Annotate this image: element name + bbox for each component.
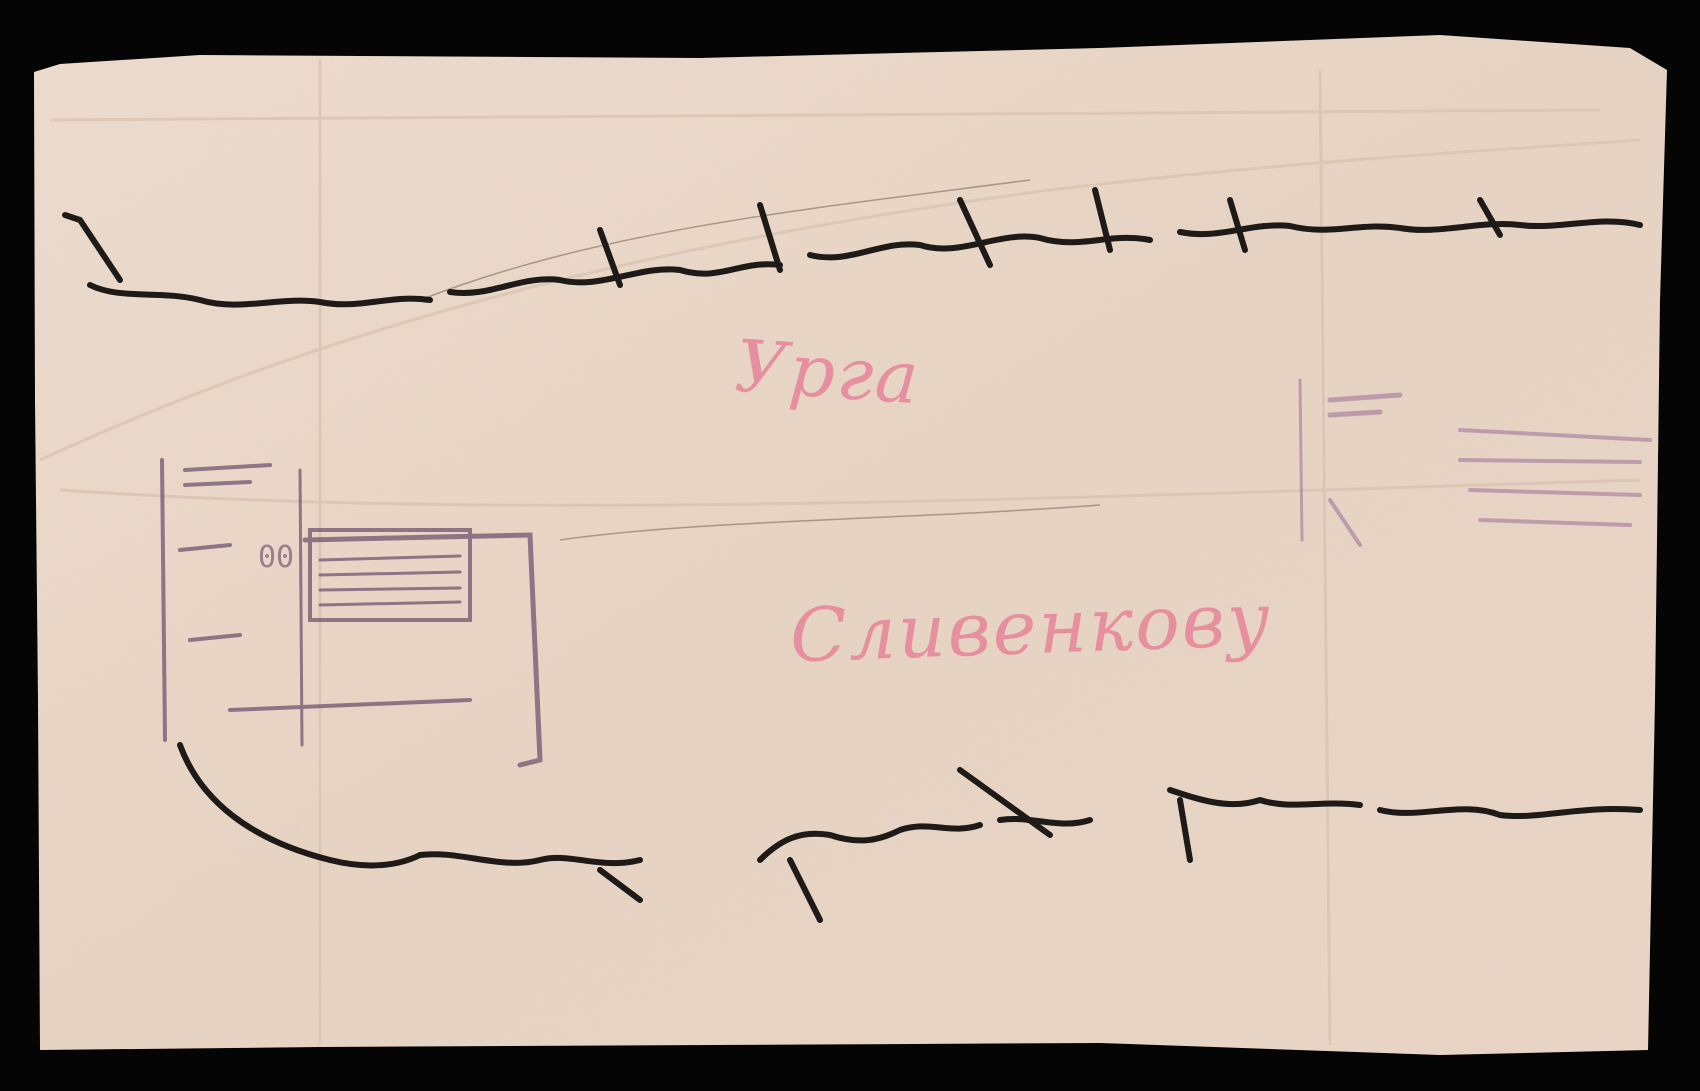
city-annotation: Урга [732, 324, 923, 421]
envelope-paper [0, 0, 1700, 1091]
stamp-numeral: 00 [258, 540, 294, 575]
addressee-annotation: Сливенкову [789, 577, 1273, 680]
document-photo: 00 Урга Сливенкову [0, 0, 1700, 1091]
